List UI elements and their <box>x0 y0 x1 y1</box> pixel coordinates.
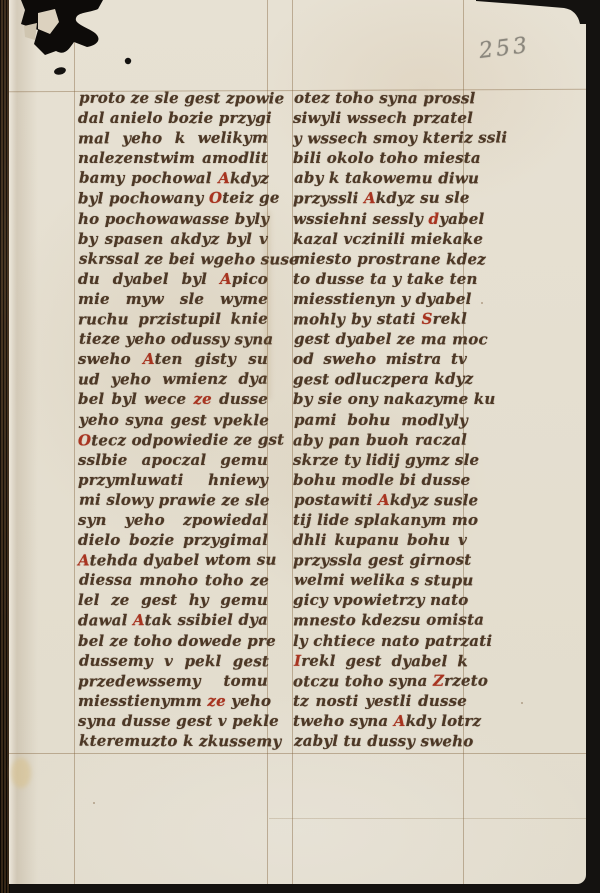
manuscript-line: gest odluczpera kdyz <box>293 369 467 390</box>
torn-paper-edge <box>9 0 17 884</box>
rubricated-letter: O <box>78 431 91 449</box>
manuscript-line: przyssla gest girnost <box>293 550 467 571</box>
manuscript-line: pami bohu modlyly <box>294 409 468 430</box>
manuscript-line: Irekl gest dyabel k <box>294 650 468 671</box>
manuscript-line: bel byl wece ze dusse <box>78 389 268 409</box>
manuscript-line: mohly by stati Srekl <box>293 309 467 330</box>
manuscript-scan: 253 proto ze sle gest zpowiedal anielo b… <box>0 0 600 893</box>
manuscript-line: bohu modle bi dusse <box>293 470 467 490</box>
rubricated-letter: A <box>133 612 145 630</box>
manuscript-line: przyssli Akdyz su sle <box>293 188 467 209</box>
manuscript-line: yeho syna gest vpekle <box>79 409 269 430</box>
manuscript-line: sslbie apoczal gemu <box>78 450 268 470</box>
page-top-edge-shadow <box>476 0 586 24</box>
manuscript-column-right: otez toho syna prosslsiwyli wssech przat… <box>293 88 467 751</box>
manuscript-line: welmi welika s stupu <box>294 570 468 591</box>
rubricated-letter: O <box>209 189 222 207</box>
manuscript-line: dawal Atak ssibiel dya <box>78 610 268 631</box>
manuscript-line: miesstienyn y dyabel <box>293 289 467 309</box>
rubricated-letter: A <box>220 270 232 288</box>
manuscript-line: bamy pochowal Akdyz <box>79 168 269 189</box>
ink-speck <box>521 702 523 704</box>
manuscript-line: mnesto kdezsu omista <box>293 610 467 631</box>
manuscript-line: diessa mnoho toho ze <box>79 570 269 591</box>
manuscript-line: gest dyabel ze ma moc <box>294 329 468 350</box>
manuscript-line: tieze yeho odussy syna <box>79 329 269 350</box>
manuscript-line: lel ze gest hy gemu <box>78 590 268 610</box>
manuscript-line: bel ze toho dowede pre <box>78 631 268 651</box>
rubricated-letter: d <box>429 210 440 228</box>
torn-hole-graphic <box>9 0 209 95</box>
manuscript-line: skrze ty lidij gymz sle <box>293 450 467 470</box>
manuscript-line: otczu toho syna Zrzeto <box>293 670 467 691</box>
rubricated-letter: Z <box>433 671 444 689</box>
manuscript-line: aby pan buoh raczal <box>293 429 467 450</box>
manuscript-line: syn yeho zpowiedal <box>78 510 268 530</box>
ink-speck <box>93 802 95 804</box>
ink-speck <box>481 302 483 304</box>
page-number: 253 <box>478 33 532 64</box>
edge-shape <box>476 0 586 24</box>
manuscript-line: Atehda dyabel wtom su <box>78 550 268 571</box>
manuscript-line: ud yeho wmienz dya <box>78 369 268 390</box>
manuscript-column-left: proto ze sle gest zpowiedal anielo bozie… <box>78 88 268 751</box>
manuscript-line: ly chtiece nato patrzati <box>293 631 467 651</box>
manuscript-line: to dusse ta y take ten <box>293 269 467 289</box>
manuscript-line: dussemy v pekl gest <box>79 650 269 671</box>
rubricated-letter: A <box>378 491 390 509</box>
manuscript-line: sweho Aten gisty su <box>78 349 268 369</box>
manuscript-line: byl pochowany Oteiz ge <box>78 188 268 209</box>
manuscript-line: dal anielo bozie przygi <box>78 108 268 128</box>
manuscript-line: zabyl tu dussy sweho <box>294 731 468 752</box>
manuscript-line: ho pochowawasse byly <box>78 209 268 229</box>
manuscript-line: du dyabel byl Apico <box>78 269 268 289</box>
manuscript-line: syna dusse gest v pekle <box>78 711 268 731</box>
manuscript-line: siwyli wssech przatel <box>293 108 467 128</box>
manuscript-line: y wssech smoy kteriz ssli <box>293 128 467 149</box>
manuscript-line: kazal vczinili miekake <box>293 229 467 249</box>
manuscript-line: postawiti Akdyz susle <box>294 490 468 511</box>
manuscript-line: Otecz odpowiedie ze gst <box>78 429 268 450</box>
small-hole <box>53 66 66 76</box>
manuscript-line: miesstienymm ze yeho <box>78 691 268 711</box>
manuscript-line: gicy vpowietrzy nato <box>293 590 467 610</box>
manuscript-line: skrssal ze bei wgeho suse <box>79 248 269 269</box>
rubricated-letter: A <box>143 350 155 368</box>
manuscript-line: przymluwati hniewy <box>78 470 268 490</box>
manuscript-line: by spasen akdyz byl v <box>78 229 268 249</box>
manuscript-line: tij lide splakanym mo <box>293 510 467 530</box>
manuscript-line: miesto prostrane kdez <box>294 248 468 269</box>
manuscript-line: by sie ony nakazyme ku <box>293 389 467 409</box>
parchment-page: 253 proto ze sle gest zpowiedal anielo b… <box>9 0 586 884</box>
manuscript-line: bili okolo toho miesta <box>293 148 467 168</box>
rubricated-letter: A <box>394 712 406 730</box>
rubricated-letter: A <box>218 170 230 188</box>
manuscript-line: tz nosti yestli dusse <box>293 691 467 711</box>
manuscript-line: mi slowy prawie ze sle <box>79 490 269 511</box>
ruling-line-bottom <box>9 753 586 754</box>
rubricated-letter: I <box>294 651 301 669</box>
manuscript-line: ruchu przistupil knie <box>78 309 268 330</box>
manuscript-line: mal yeho k welikym <box>78 128 268 149</box>
manuscript-line: aby k takowemu diwu <box>294 168 468 189</box>
manuscript-line: dhli kupanu bohu v <box>293 530 467 550</box>
ruling-line-vertical-1 <box>74 0 75 884</box>
manuscript-line: wssiehni sessly dyabel <box>293 209 467 229</box>
rubricated-letter: ze <box>193 390 211 408</box>
small-hole <box>125 58 131 64</box>
manuscript-line: dielo bozie przygimal <box>78 530 268 550</box>
rubricated-letter: S <box>422 310 433 328</box>
rubricated-letter: ze <box>207 692 225 710</box>
ruling-line-faint <box>269 818 586 819</box>
manuscript-line: od sweho mistra tv <box>293 349 467 369</box>
ink-speck <box>201 522 203 524</box>
manuscript-line: mie myw sle wyme <box>78 289 268 309</box>
rubricated-letter: A <box>364 189 376 207</box>
manuscript-line: otez toho syna prossl <box>294 88 468 109</box>
manuscript-line: nalezenstwim amodlit <box>78 148 268 168</box>
manuscript-line: przedewssemy tomu <box>78 670 268 691</box>
rubricated-letter: A <box>78 552 90 570</box>
manuscript-line: tweho syna Akdy lotrz <box>293 711 467 731</box>
manuscript-line: kteremuzto k zkussemy <box>79 731 269 752</box>
